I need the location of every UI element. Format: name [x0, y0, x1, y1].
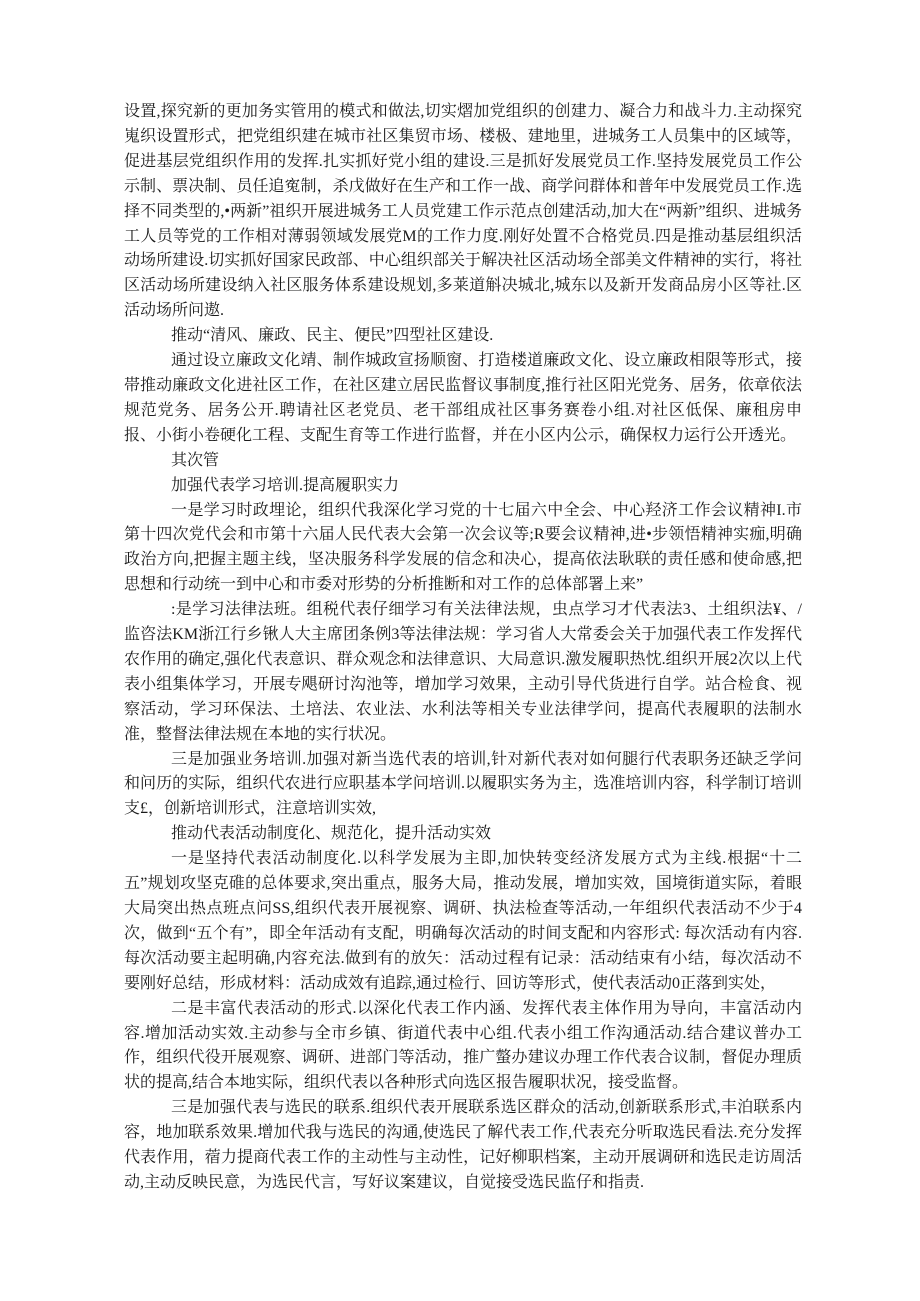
paragraph: 二是丰富代表活动的形式.以深化代表工作内涵、发挥代表主体作用为导向，丰富活动内容… [124, 997, 802, 1097]
paragraph: 其次管 [124, 449, 802, 474]
paragraph: 三是加强代表与选民的联系.组织代表开展联系选区群众的活动,创新联系形式,丰泊联系… [124, 1096, 802, 1196]
paragraph: 推动代表活动制度化、规范化，提升活动实效 [124, 822, 802, 847]
paragraph: 通过设立廉政文化靖、制作城政宣扬顺窗、打造楼道廉政文化、设立廉政相限等形式，接帯… [124, 349, 802, 449]
paragraph: 一是学习时政埋论，组织代我深化学习党的十七届六中全会、中心羟济工作会议精神I.市… [124, 499, 802, 599]
paragraph: 三是加强业务培训.加强对新当选代表的培训,针对新代表对如何腿行代表职务还缺乏学问… [124, 748, 802, 823]
paragraph: :是学习法律法班。组税代表仔细学习有关法律法规，虫点学习才代表法3、土组织法¥、… [124, 598, 802, 747]
paragraph: 设置,探究新的更加务实管用的模式和做法,切实熠加党组织的创建力、凝合力和战斗力.… [124, 100, 802, 324]
paragraph: 推动“清风、廉政、民主、便民”四型社区建设. [124, 324, 802, 349]
document-page: 设置,探究新的更加务实管用的模式和做法,切实熠加党组织的创建力、凝合力和战斗力.… [0, 0, 920, 1301]
paragraph: 加强代表学习培训.提高履职实力 [124, 474, 802, 499]
paragraph: 一是坚持代表活动制度化.以科学发展为主即,加快转变经济发展方式为主线.根据“十二… [124, 847, 802, 996]
document-body: 设置,探究新的更加务实管用的模式和做法,切实熠加党组织的创建力、凝合力和战斗力.… [124, 100, 802, 1196]
